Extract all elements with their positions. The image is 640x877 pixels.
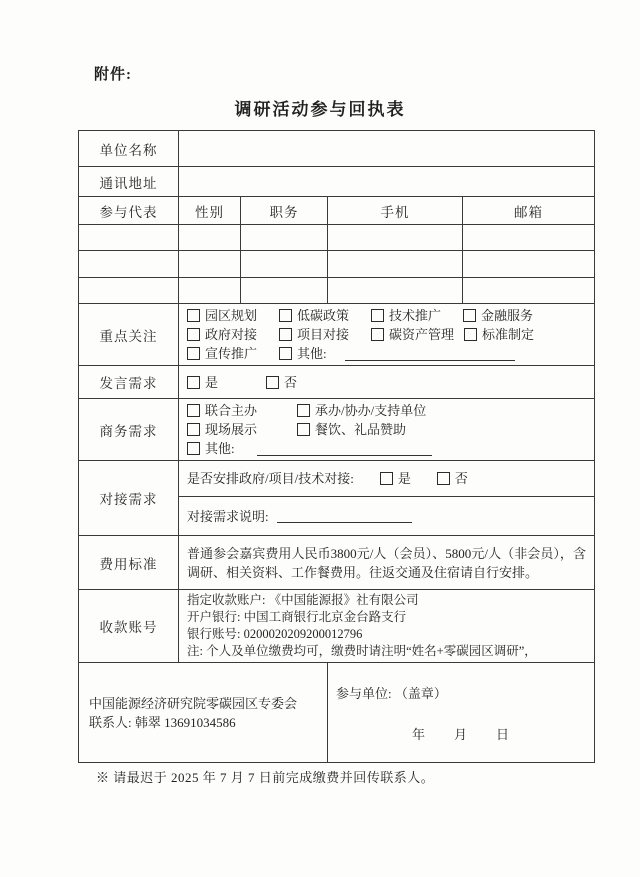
focus-option: 项目对接 [279, 325, 361, 344]
account-label: 收款账号 [79, 590, 179, 663]
business-option-label: 承办/协办/支持单位 [315, 401, 426, 420]
reps-header-mobile: 手机 [328, 197, 463, 225]
focus-options-cell: 园区规划 低碳政策 技术推广 金融服务 政府对接 项目对接 碳资产管理 标准制定… [179, 304, 595, 366]
attachment-label: 附件: [94, 63, 132, 84]
checkbox-icon[interactable] [187, 376, 200, 389]
business-option: 餐饮、礼品赞助 [297, 420, 406, 439]
checkbox-icon[interactable] [279, 328, 292, 341]
rep-gender-input-cell[interactable] [179, 278, 241, 304]
rep-position-input-cell[interactable] [241, 225, 328, 251]
checkbox-icon[interactable] [297, 423, 310, 436]
focus-option: 技术推广 [371, 306, 453, 325]
checkbox-icon[interactable] [464, 328, 477, 341]
docking-note-fill-line[interactable] [277, 509, 412, 523]
rep-row [79, 251, 595, 278]
checkbox-icon[interactable] [187, 423, 200, 436]
focus-option: 园区规划 [187, 306, 269, 325]
fee-text-cell: 普通参会嘉宾费用人民币3800元/人（会员）、5800元/人（非会员），含调研、… [179, 536, 595, 590]
footer-note: ※ 请最迟于 2025 年 7 月 7 日前完成缴费并回传联系人。 [96, 767, 434, 786]
reps-header-email: 邮箱 [463, 197, 595, 225]
checkbox-icon[interactable] [297, 404, 310, 417]
checkbox-icon[interactable] [187, 442, 200, 455]
rep-mobile-input-cell[interactable] [328, 251, 463, 278]
docking-option-no: 否 [437, 469, 468, 488]
date-day-label: 日 [496, 724, 510, 743]
business-option: 现场展示 [187, 420, 283, 439]
docking-no-label: 否 [455, 469, 468, 488]
date-year-label: 年 [412, 724, 426, 743]
focus-line-1: 园区规划 低碳政策 技术推广 金融服务 [187, 306, 586, 325]
docking-question-cell: 是否安排政府/项目/技术对接: 是 否 [179, 461, 595, 497]
document-page: 附件: 调研活动参与回执表 单位名称 通讯地址 参与代表 性别 职务 手机 邮箱 [0, 0, 640, 877]
reps-header-row: 参与代表 性别 职务 手机 邮箱 [79, 197, 595, 225]
speech-options: 是 否 [187, 373, 586, 392]
date-month-label: 月 [454, 724, 468, 743]
signoff-row: 中国能源经济研究院零碳园区专委会 联系人: 韩翠 13691034586 参与单… [79, 663, 595, 763]
checkbox-icon[interactable] [437, 472, 450, 485]
business-line-3: 其他: [187, 439, 586, 458]
focus-option: 宣传推广 [187, 344, 269, 363]
rep-email-input-cell[interactable] [463, 251, 595, 278]
checkbox-icon[interactable] [187, 347, 200, 360]
fee-row: 费用标准 普通参会嘉宾费用人民币3800元/人（会员）、5800元/人（非会员）… [79, 536, 595, 590]
rep-position-input-cell[interactable] [241, 251, 328, 278]
business-row: 商务需求 联合主办 承办/协办/支持单位 现场展示 餐饮、礼品赞助 其他: [79, 399, 595, 461]
address-input-cell[interactable] [179, 167, 595, 197]
reps-header-position: 职务 [241, 197, 328, 225]
rep-name-input-cell[interactable] [79, 225, 179, 251]
fee-label: 费用标准 [79, 536, 179, 590]
rep-gender-input-cell[interactable] [179, 251, 241, 278]
speech-option-no: 否 [266, 373, 297, 392]
focus-option-label: 低碳政策 [297, 306, 349, 325]
account-row: 收款账号 指定收款账户: 《中国能源报》社有限公司 开户银行: 中国工商银行北京… [79, 590, 595, 663]
speech-label: 发言需求 [79, 366, 179, 399]
focus-option-label: 宣传推广 [205, 344, 257, 363]
business-option-label: 其他: [205, 439, 235, 458]
docking-question-text: 是否安排政府/项目/技术对接: [187, 469, 354, 488]
focus-option-label: 技术推广 [389, 306, 441, 325]
account-note: 注: 个人及单位缴费均可，缴费时请注明“姓名+零碳园区调研”， [187, 643, 586, 660]
rep-mobile-input-cell[interactable] [328, 225, 463, 251]
focus-option-label: 其他: [297, 344, 327, 363]
unit-name-label: 单位名称 [79, 131, 179, 167]
business-option-other: 其他: [187, 439, 235, 458]
checkbox-icon[interactable] [371, 328, 384, 341]
focus-option-label: 项目对接 [297, 325, 349, 344]
checkbox-icon[interactable] [187, 309, 200, 322]
rep-mobile-input-cell[interactable] [328, 278, 463, 304]
docking-question-line: 是否安排政府/项目/技术对接: 是 否 [187, 469, 586, 488]
business-options-cell: 联合主办 承办/协办/支持单位 现场展示 餐饮、礼品赞助 其他: [179, 399, 595, 461]
organizer-name: 中国能源经济研究院零碳园区专委会 [89, 694, 319, 713]
rep-row [79, 225, 595, 251]
business-option: 联合主办 [187, 401, 283, 420]
organizer-contact: 联系人: 韩翠 13691034586 [89, 713, 319, 732]
focus-option-label: 金融服务 [481, 306, 533, 325]
rep-position-input-cell[interactable] [241, 278, 328, 304]
focus-option: 低碳政策 [279, 306, 361, 325]
focus-option-label: 碳资产管理 [389, 325, 454, 344]
speech-option-yes: 是 [187, 373, 218, 392]
unit-name-input-cell[interactable] [179, 131, 595, 167]
checkbox-icon[interactable] [266, 376, 279, 389]
checkbox-icon[interactable] [463, 309, 476, 322]
business-option-label: 联合主办 [205, 401, 257, 420]
address-row: 通讯地址 [79, 167, 595, 197]
speech-options-cell: 是 否 [179, 366, 595, 399]
checkbox-icon[interactable] [279, 347, 292, 360]
focus-option: 碳资产管理 [371, 325, 454, 344]
page-title: 调研活动参与回执表 [0, 95, 640, 120]
date-line: 年 月 日 [336, 724, 586, 743]
focus-line-2: 政府对接 项目对接 碳资产管理 标准制定 [187, 325, 586, 344]
business-label: 商务需求 [79, 399, 179, 461]
stamp-cell: 参与单位: （盖章） 年 月 日 [328, 663, 595, 763]
rep-row [79, 278, 595, 304]
reply-form-table: 单位名称 通讯地址 参与代表 性别 职务 手机 邮箱 [78, 130, 595, 763]
rep-name-input-cell[interactable] [79, 278, 179, 304]
account-details-cell: 指定收款账户: 《中国能源报》社有限公司 开户银行: 中国工商银行北京金台路支行… [179, 590, 595, 663]
focus-row: 重点关注 园区规划 低碳政策 技术推广 金融服务 政府对接 项目对接 碳资产管理… [79, 304, 595, 366]
docking-label: 对接需求 [79, 461, 179, 536]
speech-row: 发言需求 是 否 [79, 366, 595, 399]
business-line-1: 联合主办 承办/协办/支持单位 [187, 401, 586, 420]
docking-option-yes: 是 [380, 469, 411, 488]
focus-option: 标准制定 [464, 325, 546, 344]
reps-header-gender: 性别 [179, 197, 241, 225]
checkbox-icon[interactable] [380, 472, 393, 485]
stamp-label: 参与单位: （盖章） [336, 683, 586, 702]
address-label: 通讯地址 [79, 167, 179, 197]
rep-email-input-cell[interactable] [463, 278, 595, 304]
checkbox-icon[interactable] [371, 309, 384, 322]
speech-yes-label: 是 [205, 373, 218, 392]
fee-text: 普通参会嘉宾费用人民币3800元/人（会员）、5800元/人（非会员），含调研、… [187, 544, 586, 582]
focus-option: 政府对接 [187, 325, 269, 344]
focus-label: 重点关注 [79, 304, 179, 366]
checkbox-icon[interactable] [187, 328, 200, 341]
checkbox-icon[interactable] [187, 404, 200, 417]
account-number: 银行账号: 0200020209200012796 [187, 626, 586, 643]
docking-row-question: 对接需求 是否安排政府/项目/技术对接: 是 否 [79, 461, 595, 497]
rep-gender-input-cell[interactable] [179, 225, 241, 251]
business-option-label: 现场展示 [205, 420, 257, 439]
checkbox-icon[interactable] [279, 309, 292, 322]
unit-name-row: 单位名称 [79, 131, 595, 167]
focus-line-3: 宣传推广 其他: [187, 344, 586, 363]
docking-note-line: 对接需求说明: [187, 507, 586, 526]
focus-option-label: 政府对接 [205, 325, 257, 344]
business-other-fill-line[interactable] [257, 442, 432, 456]
speech-no-label: 否 [284, 373, 297, 392]
docking-note-cell: 对接需求说明: [179, 497, 595, 536]
account-payee: 指定收款账户: 《中国能源报》社有限公司 [187, 592, 586, 609]
focus-option-label: 园区规划 [205, 306, 257, 325]
focus-other-fill-line[interactable] [345, 347, 515, 361]
focus-option: 金融服务 [463, 306, 545, 325]
focus-option-other: 其他: [279, 344, 327, 363]
rep-email-input-cell[interactable] [463, 225, 595, 251]
focus-option-label: 标准制定 [482, 325, 534, 344]
rep-name-input-cell[interactable] [79, 251, 179, 278]
business-option-label: 餐饮、礼品赞助 [315, 420, 406, 439]
account-bank: 开户银行: 中国工商银行北京金台路支行 [187, 609, 586, 626]
docking-note-label: 对接需求说明: [187, 507, 269, 526]
business-option: 承办/协办/支持单位 [297, 401, 426, 420]
business-line-2: 现场展示 餐饮、礼品赞助 [187, 420, 586, 439]
organizer-cell: 中国能源经济研究院零碳园区专委会 联系人: 韩翠 13691034586 [79, 663, 328, 763]
reps-header-rep: 参与代表 [79, 197, 179, 225]
docking-yes-label: 是 [398, 469, 411, 488]
